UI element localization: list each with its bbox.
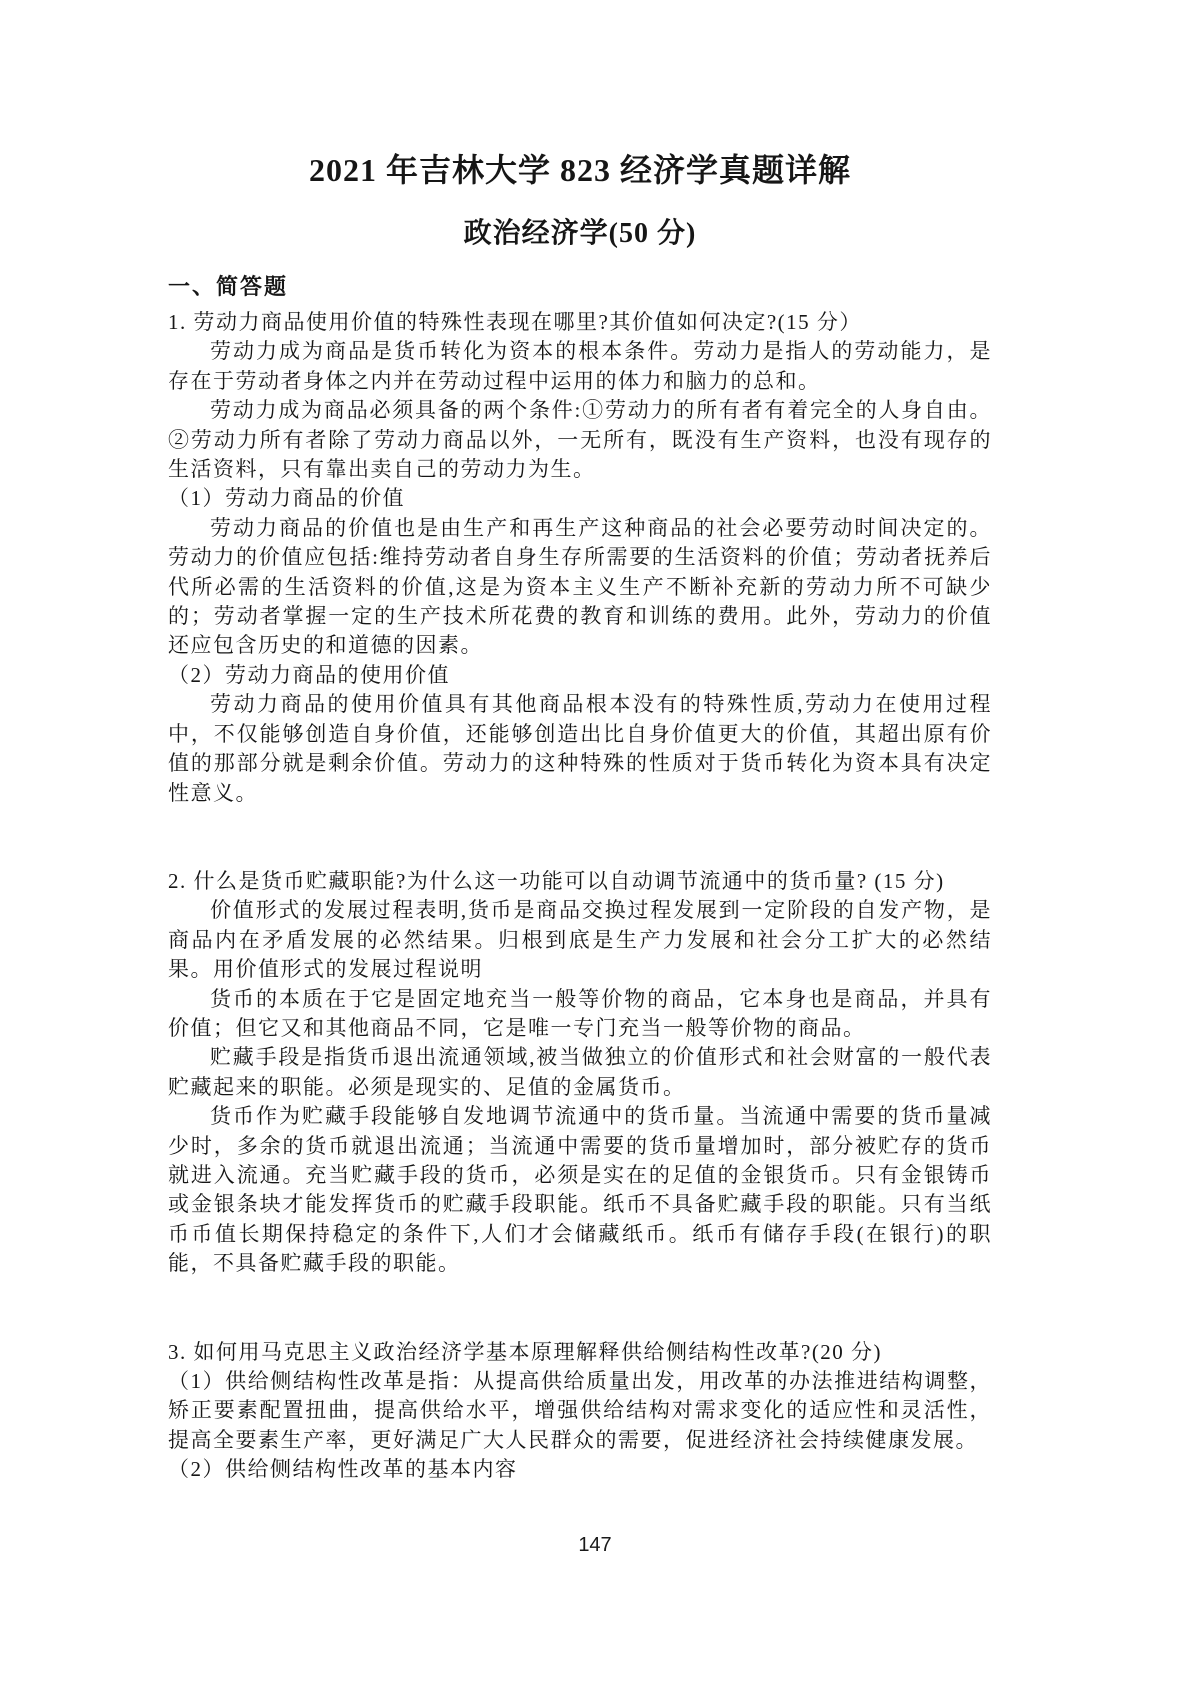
answer-subheading: （2）劳动力商品的使用价值 [168, 661, 992, 690]
question-1-text: 1. 劳动力商品使用价值的特殊性表现在哪里?其价值如何决定?(15 分） [168, 308, 992, 337]
question-2-text: 2. 什么是货币贮藏职能?为什么这一功能可以自动调节流通中的货币量? (15 分… [168, 867, 992, 896]
answer-paragraph: 劳动力成为商品必须具备的两个条件:①劳动力的所有者有着完全的人身自由。②劳动力所… [168, 396, 992, 484]
question-block-2: 2. 什么是货币贮藏职能?为什么这一功能可以自动调节流通中的货币量? (15 分… [168, 867, 992, 1279]
document-page: 2021 年吉林大学 823 经济学真题详解 政治经济学(50 分) 一、简答题… [0, 0, 1190, 1683]
answer-paragraph: 价值形式的发展过程表明,货币是商品交换过程发展到一定阶段的自发产物，是商品内在矛… [168, 896, 992, 984]
document-subtitle: 政治经济学(50 分) [168, 216, 992, 252]
document-title: 2021 年吉林大学 823 经济学真题详解 [168, 150, 992, 190]
answer-paragraph: 货币作为贮藏手段能够自发地调节流通中的货币量。当流通中需要的货币量减少时，多余的… [168, 1102, 992, 1278]
page-number: 147 [0, 1532, 1190, 1558]
answer-paragraph: 劳动力成为商品是货币转化为资本的根本条件。劳动力是指人的劳动能力，是存在于劳动者… [168, 337, 992, 396]
document-content: 2021 年吉林大学 823 经济学真题详解 政治经济学(50 分) 一、简答题… [168, 0, 992, 1485]
question-block-3: 3. 如何用马克思主义政治经济学基本原理解释供给侧结构性改革?(20 分) （1… [168, 1338, 992, 1485]
question-block-1: 1. 劳动力商品使用价值的特殊性表现在哪里?其价值如何决定?(15 分） 劳动力… [168, 308, 992, 808]
answer-paragraph: （1）供给侧结构性改革是指：从提高供给质量出发，用改革的办法推进结构调整，矫正要… [168, 1367, 992, 1455]
answer-paragraph: 劳动力商品的使用价值具有其他商品根本没有的特殊性质,劳动力在使用过程中，不仅能够… [168, 690, 992, 808]
answer-subheading: （1）劳动力商品的价值 [168, 484, 992, 513]
answer-subheading: （2）供给侧结构性改革的基本内容 [168, 1455, 992, 1484]
answer-paragraph: 贮藏手段是指货币退出流通领域,被当做独立的价值形式和社会财富的一般代表贮藏起来的… [168, 1043, 992, 1102]
section-heading: 一、简答题 [168, 272, 992, 301]
question-3-text: 3. 如何用马克思主义政治经济学基本原理解释供给侧结构性改革?(20 分) [168, 1338, 992, 1367]
answer-paragraph: 劳动力商品的价值也是由生产和再生产这种商品的社会必要劳动时间决定的。劳动力的价值… [168, 514, 992, 661]
answer-paragraph: 货币的本质在于它是固定地充当一般等价物的商品，它本身也是商品，并具有价值；但它又… [168, 985, 992, 1044]
